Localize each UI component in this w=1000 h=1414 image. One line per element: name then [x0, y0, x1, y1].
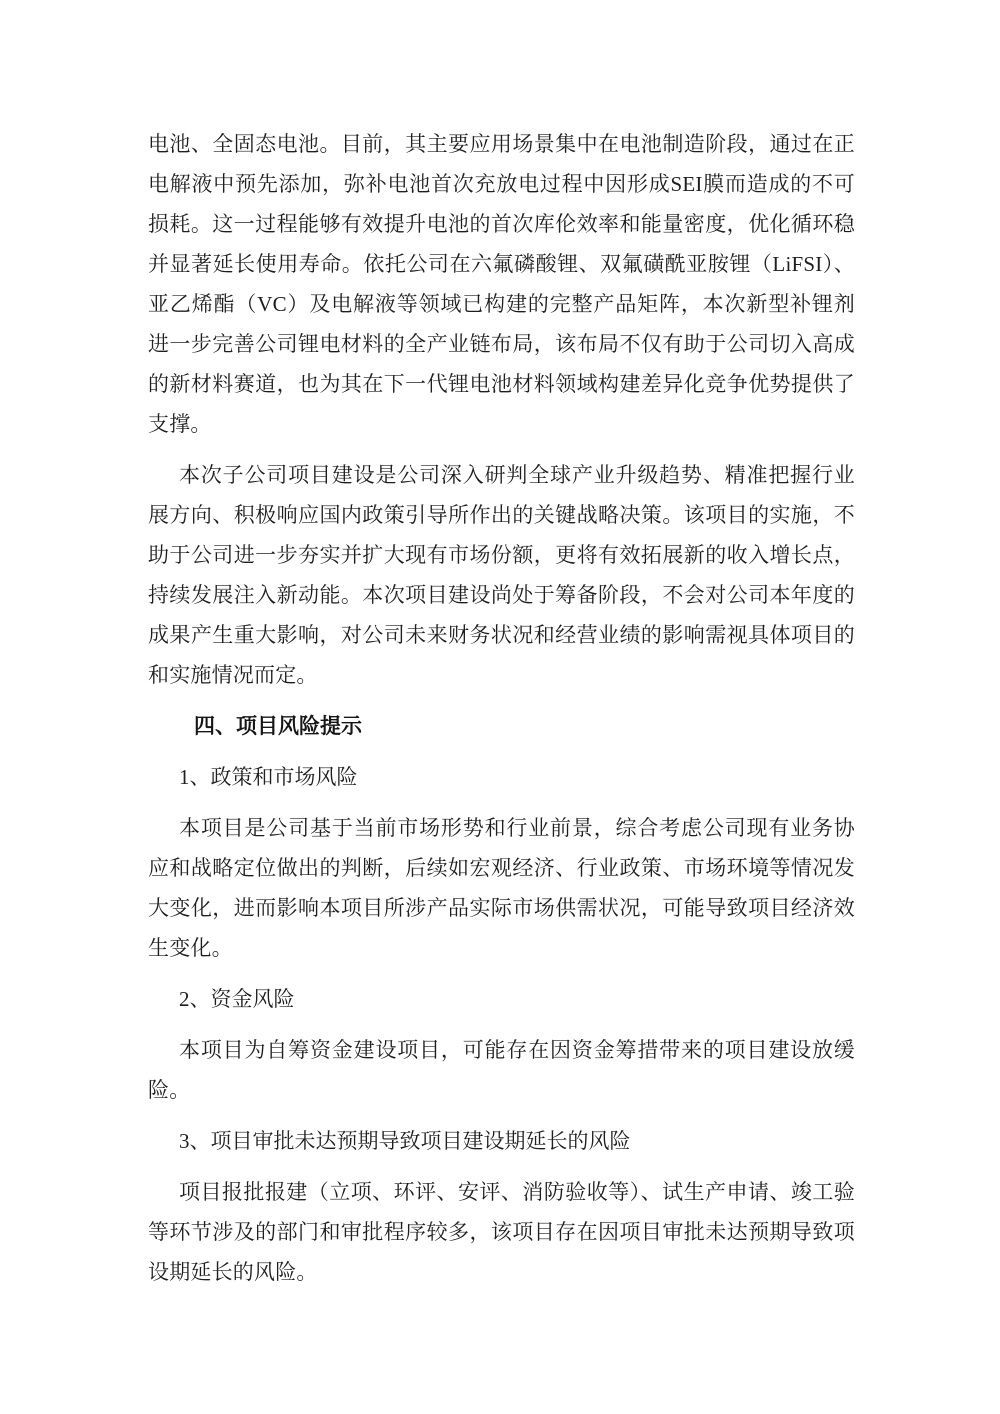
text-line: 电解液中预先添加，弥补电池首次充放电过程中因形成SEI膜而造成的不可逆锂	[148, 164, 855, 204]
text-line: 成果产生重大影响，对公司未来财务状况和经营业绩的影响需视具体项目的推进	[148, 615, 855, 655]
text-line: 生变化。	[148, 928, 855, 968]
paragraph-funding-risk: 本项目为自筹资金建设项目，可能存在因资金筹措带来的项目建设放缓的风 险。	[148, 1030, 855, 1110]
text-line: 设期延长的风险。	[148, 1252, 855, 1292]
text-line: 支撑。	[148, 404, 855, 444]
paragraph-approval-delay-risk: 项目报批报建（立项、环评、安评、消防验收等）、试生产申请、竣工验收 等环节涉及的…	[148, 1172, 855, 1292]
text-line: 应和战略定位做出的判断，后续如宏观经济、行业政策、市场环境等情况发生较	[148, 848, 855, 888]
paragraph-policy-market-risk: 本项目是公司基于当前市场形势和行业前景，综合考虑公司现有业务协同效 应和战略定位…	[148, 808, 855, 968]
subheading-funding-risk: 2、资金风险	[148, 979, 855, 1019]
subheading-policy-market-risk: 1、政策和市场风险	[148, 757, 855, 797]
subheading-approval-delay-risk: 3、项目审批未达预期导致项目建设期延长的风险	[148, 1121, 855, 1161]
text-line: 险。	[148, 1070, 855, 1110]
text-line: 展方向、积极响应国内政策引导所作出的关键战略决策。该项目的实施，不仅有	[148, 495, 855, 535]
text-line: 大变化，进而影响本项目所涉产品实际市场供需状况，可能导致项目经济效益发	[148, 888, 855, 928]
text-line: 持续发展注入新动能。本次项目建设尚处于筹备阶段，不会对公司本年度的经营	[148, 575, 855, 615]
subheading-text: 3、项目审批未达预期导致项目建设期延长的风险	[148, 1121, 855, 1161]
text-line: 本次子公司项目建设是公司深入研判全球产业升级趋势、精准把握行业发	[148, 455, 855, 495]
document-page: 电池、全固态电池。目前，其主要应用场景集中在电池制造阶段，通过在正极或 电解液中…	[0, 0, 1000, 1414]
text-line: 本项目是公司基于当前市场形势和行业前景，综合考虑公司现有业务协同效	[148, 808, 855, 848]
text-line: 亚乙烯酯（VC）及电解液等领域已构建的完整产品矩阵，本次新型补锂剂项目将	[148, 284, 855, 324]
text-line: 的新材料赛道，也为其在下一代锂电池材料领域构建差异化竞争优势提供了有力	[148, 364, 855, 404]
subheading-text: 1、政策和市场风险	[148, 757, 855, 797]
text-line: 并显著延长使用寿命。依托公司在六氟磷酸锂、双氟磺酰亚胺锂（LiFSI）、碳酸	[148, 244, 855, 284]
section-heading-text: 四、项目风险提示	[148, 706, 855, 746]
paragraph-strategic-decision: 本次子公司项目建设是公司深入研判全球产业升级趋势、精准把握行业发 展方向、积极响…	[148, 455, 855, 695]
text-line: 和实施情况而定。	[148, 655, 855, 695]
text-line: 助于公司进一步夯实并扩大现有市场份额，更将有效拓展新的收入增长点，为可	[148, 535, 855, 575]
text-line: 项目报批报建（立项、环评、安评、消防验收等）、试生产申请、竣工验收	[148, 1172, 855, 1212]
text-line: 损耗。这一过程能够有效提升电池的首次库伦效率和能量密度，优化循环稳定性，	[148, 204, 855, 244]
paragraph-lithium-supplement-overview: 电池、全固态电池。目前，其主要应用场景集中在电池制造阶段，通过在正极或 电解液中…	[148, 124, 855, 444]
text-line: 进一步完善公司锂电材料的全产业链布局，该布局不仅有助于公司切入高成长性	[148, 324, 855, 364]
text-line: 本项目为自筹资金建设项目，可能存在因资金筹措带来的项目建设放缓的风	[148, 1030, 855, 1070]
text-line: 等环节涉及的部门和审批程序较多，该项目存在因项目审批未达预期导致项目建	[148, 1212, 855, 1252]
section-heading-risk-notice: 四、项目风险提示	[148, 706, 855, 746]
text-line: 电池、全固态电池。目前，其主要应用场景集中在电池制造阶段，通过在正极或	[148, 124, 855, 164]
subheading-text: 2、资金风险	[148, 979, 855, 1019]
